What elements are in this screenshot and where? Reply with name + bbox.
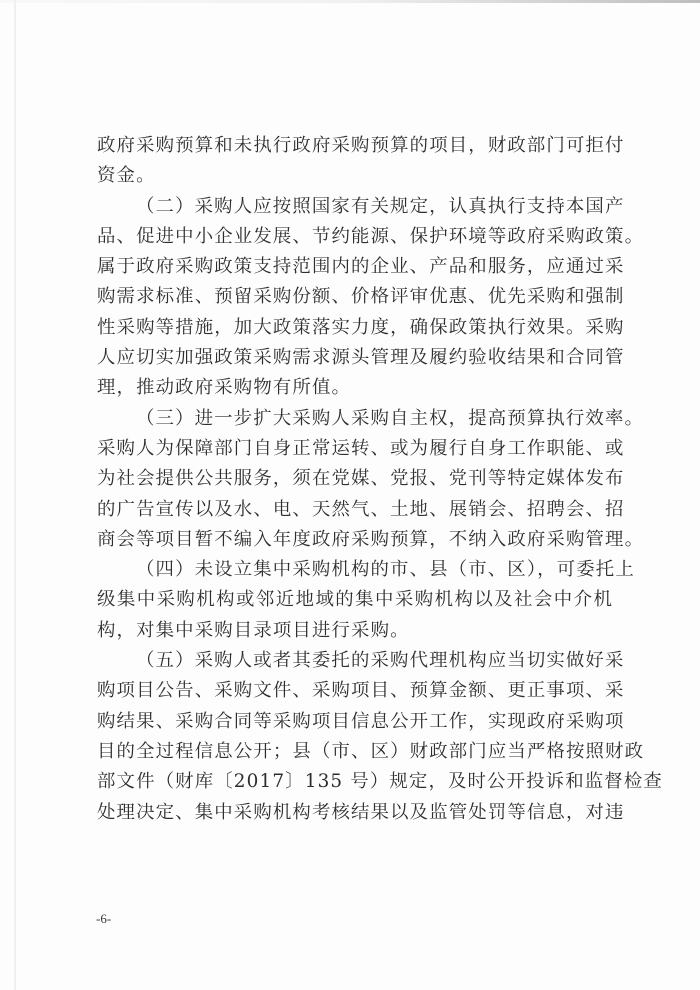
- text-line: 政府采购预算和未执行政府采购预算的项目，财政部门可拒付: [97, 131, 613, 161]
- text-line: 的广告宣传以及水、电、天然气、土地、展销会、招聘会、招: [97, 495, 613, 525]
- text-line: 目的全过程信息公开；县（市、区）财政部门应当严格按照财政: [97, 737, 613, 767]
- text-line: 处理决定、集中采购机构考核结果以及监管处罚等信息，对违: [97, 798, 613, 828]
- text-line: 购项目公告、采购文件、采购项目、预算金额、更正事项、采: [97, 676, 613, 706]
- text-line: 理，推动政府采购物有所值。: [97, 373, 613, 403]
- section-heading-line: （四）未设立集中采购机构的市、县（市、区），可委托上: [97, 555, 613, 585]
- text-line: 购结果、采购合同等采购项目信息公开工作，实现政府采购项: [97, 707, 613, 737]
- text-line: 资金。: [97, 161, 613, 191]
- text-line: 级集中采购机构或邻近地域的集中采购机构以及社会中介机: [97, 585, 613, 615]
- text-line: 品、促进中小企业发展、节约能源、保护环境等政府采购政策。: [97, 222, 613, 252]
- page-number: -6-: [96, 911, 111, 927]
- document-body: 政府采购预算和未执行政府采购预算的项目，财政部门可拒付 资金。 （二）采购人应按…: [97, 131, 613, 828]
- text-line: 采购人为保障部门自身正常运转、或为履行自身工作职能、或: [97, 434, 613, 464]
- section-heading-line: （五）采购人或者其委托的采购代理机构应当切实做好采: [97, 646, 613, 676]
- text-line: 部文件（财库〔2017〕135 号）规定，及时公开投诉和监督检查: [97, 767, 613, 797]
- section-heading-line: （二）采购人应按照国家有关规定，认真执行支持本国产: [97, 192, 613, 222]
- scan-edge-left: [14, 0, 16, 990]
- text-line: 构，对集中采购目录项目进行采购。: [97, 616, 613, 646]
- scan-edge-top: [0, 0, 700, 3]
- text-line: 属于政府采购政策支持范围内的企业、产品和服务，应通过采: [97, 252, 613, 282]
- section-heading-line: （三）进一步扩大采购人采购自主权，提高预算执行效率。: [97, 404, 613, 434]
- text-line: 购需求标准、预留采购份额、价格评审优惠、优先采购和强制: [97, 282, 613, 312]
- text-line: 人应切实加强政策采购需求源头管理及履约验收结果和合同管: [97, 343, 613, 373]
- text-line: 商会等项目暂不编入年度政府采购预算，不纳入政府采购管理。: [97, 525, 613, 555]
- text-line: 性采购等措施，加大政策落实力度，确保政策执行效果。采购: [97, 313, 613, 343]
- text-line: 为社会提供公共服务，须在党媒、党报、党刊等特定媒体发布: [97, 464, 613, 494]
